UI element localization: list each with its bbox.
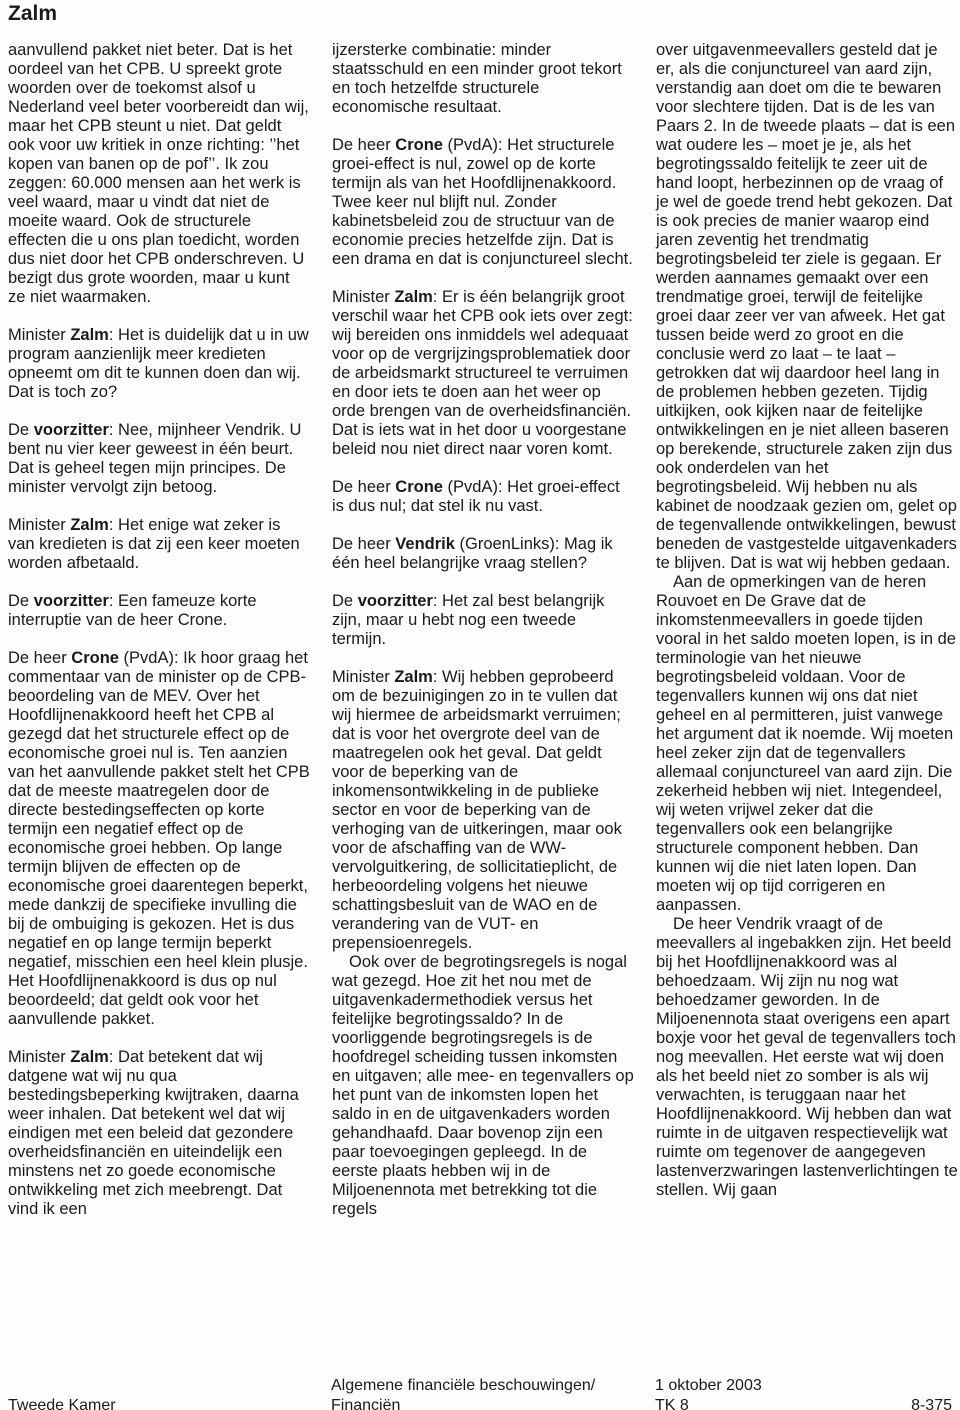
document-page: Zalm aanvullend pakket niet beter. Dat i… [0,0,960,1410]
paragraph-text: De [8,421,34,439]
speaker-name: Zalm [70,326,109,344]
speaker-name: Zalm [394,288,433,306]
paragraph-text: Aan de opmerkingen van de heren Rouvoet … [656,573,956,914]
paragraph: De voorzitter: Het zal best belangrijk z… [332,592,634,649]
paragraph: De heer Vendrik vraagt of de meevallers … [656,915,958,1200]
paragraph-text: Minister [8,326,70,344]
speaker-name: voorzitter [34,592,109,610]
paragraph: De heer Crone (PvdA): Het structurele gr… [332,136,634,269]
paragraph-text: De heer [332,136,395,154]
paragraph-text: (PvdA): Ik hoor graag het commentaar van… [8,649,310,1028]
speaker-name: Vendrik [395,535,455,553]
text-columns: aanvullend pakket niet beter. Dat is het… [8,41,958,1219]
paragraph-text: Minister [332,668,394,686]
paragraph: over uitgavenmeevallers gesteld dat je e… [656,41,958,573]
paragraph: Minister Zalm: Er is één belangrijk groo… [332,288,634,459]
text-column-2: ijzersterke combinatie: minder staatssch… [332,41,634,1219]
paragraph-text: ijzersterke combinatie: minder staatssch… [332,41,622,116]
page-title: Zalm [8,2,57,26]
speaker-name: Crone [71,649,119,667]
paragraph-text: De [332,592,358,610]
paragraph: Minister Zalm: Het enige wat zeker is va… [8,516,310,573]
paragraph-text: aanvullend pakket niet beter. Dat is het… [8,41,309,306]
text-column-1: aanvullend pakket niet beter. Dat is het… [8,41,310,1219]
paragraph-text: De heer [332,535,395,553]
speaker-name: voorzitter [358,592,433,610]
paragraph: Minister Zalm: Het is duidelijk dat u in… [8,326,310,402]
paragraph: aanvullend pakket niet beter. Dat is het… [8,41,310,307]
footer-page-number: 8-375 [911,1396,952,1410]
paragraph: De heer Vendrik (GroenLinks): Mag ik één… [332,535,634,573]
paragraph-text: Minister [332,288,394,306]
paragraph-text: De [8,592,34,610]
paragraph-text: (PvdA): Het structurele groei-effect is … [332,136,633,268]
footer-date: 1 oktober 2003 [655,1376,762,1396]
paragraph-text: Ook over de begrotingsregels is nogal wa… [332,953,634,1218]
paragraph-text: Minister [8,516,70,534]
paragraph: De voorzitter: Een fameuze korte interru… [8,592,310,630]
paragraph-text: : Er is één belangrijk groot verschil wa… [332,288,633,458]
speaker-name: Zalm [70,1048,109,1066]
paragraph-text: : Wij hebben geprobeerd om de bezuinigin… [332,668,622,952]
speaker-name: Zalm [70,516,109,534]
text-column-3: over uitgavenmeevallers gesteld dat je e… [656,41,958,1200]
paragraph: ijzersterke combinatie: minder staatssch… [332,41,634,117]
paragraph-text: De heer Vendrik vraagt of de meevallers … [656,915,958,1199]
speaker-name: voorzitter [34,421,109,439]
paragraph: Minister Zalm: Dat betekent dat wij datg… [8,1048,310,1219]
paragraph: De heer Crone (PvdA): Het groei-effect i… [332,478,634,516]
paragraph-text: De heer [332,478,395,496]
footer-meeting: TK 8 [655,1396,689,1410]
paragraph: De heer Crone (PvdA): Ik hoor graag het … [8,649,310,1029]
paragraph: Ook over de begrotingsregels is nogal wa… [332,953,634,1219]
speaker-name: Crone [395,136,443,154]
paragraph-text: : Dat betekent dat wij datgene wat wij n… [8,1048,299,1218]
paragraph: De voorzitter: Nee, mijnheer Vendrik. U … [8,421,310,497]
speaker-name: Crone [395,478,443,496]
speaker-name: Zalm [394,668,433,686]
paragraph-text: over uitgavenmeevallers gesteld dat je e… [656,41,957,572]
paragraph: Aan de opmerkingen van de heren Rouvoet … [656,573,958,915]
footer-chamber: Tweede Kamer [8,1396,116,1410]
paragraph-text: De heer [8,649,71,667]
paragraph: Minister Zalm: Wij hebben geprobeerd om … [332,668,634,953]
footer-session-line2: Financiën [331,1396,400,1410]
footer-session-line1: Algemene financiële beschouwingen/ [331,1376,595,1396]
paragraph-text: Minister [8,1048,70,1066]
